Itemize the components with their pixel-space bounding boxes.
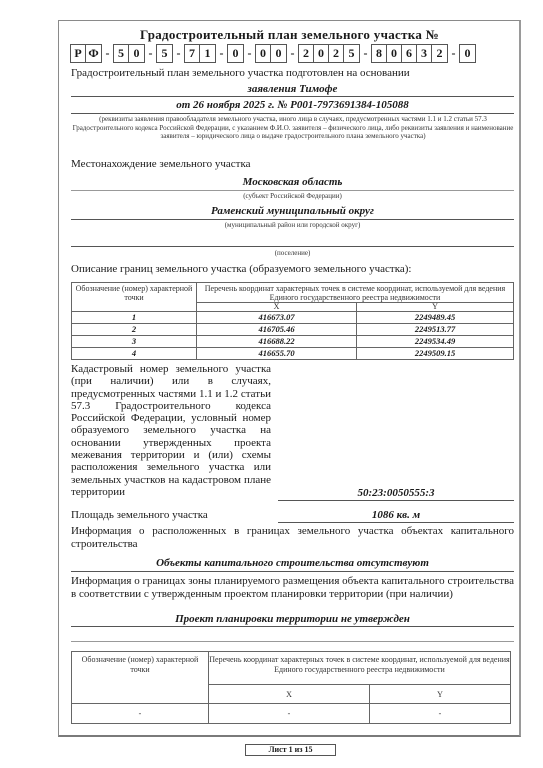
area-label: Площадь земельного участка [71,509,208,521]
cell-x: - [209,704,370,724]
capital-value: Объекты капитального строительства отсут… [71,557,514,569]
table-row: 1416673.072249489.45 [72,312,514,324]
cell-x: 416688.22 [197,336,357,348]
number-separator: - [448,46,459,61]
divider [71,571,514,572]
zone-value: Проект планировки территории не утвержде… [71,613,514,625]
cell-y: 2249534.49 [357,336,514,348]
number-group: 0 [459,44,476,63]
table-row: --- [72,704,511,724]
number-group: 2025 [298,44,360,63]
number-separator: - [360,46,371,61]
col-y-header: Y [370,685,511,704]
table-row: 3416688.222249534.49 [72,336,514,348]
cell-x: 416655.70 [197,348,357,360]
basis-label: Градостроительный план земельного участк… [71,67,410,79]
col-x-header: X [197,303,357,312]
cell-y: 2249489.45 [357,312,514,324]
number-cell: 0 [129,45,144,62]
application-caption: (реквизиты заявления правообладателя зем… [72,115,514,141]
col-y-header: Y [357,303,514,312]
number-cell: 8 [372,45,387,62]
number-cell: 6 [402,45,417,62]
number-separator: - [145,46,156,61]
boundary-coordinates-table: Обозначение (номер) характерной точки Пе… [71,282,514,360]
divider [71,246,514,247]
number-cell: 5 [157,45,172,62]
table-row: 4416655.702249509.15 [72,348,514,360]
number-group: 5 [156,44,173,63]
boundaries-label: Описание границ земельного участка (обра… [71,263,411,275]
col-coords-header: Перечень координат характерных точек в с… [209,652,511,685]
number-separator: - [173,46,184,61]
number-group: 50 [113,44,145,63]
number-cell: 2 [299,45,314,62]
number-separator: - [287,46,298,61]
divider [278,522,514,523]
cell-point: 3 [72,336,197,348]
location-label: Местонахождение земельного участка [71,158,251,170]
cell-point: 2 [72,324,197,336]
cell-y: 2249509.15 [357,348,514,360]
page-number: Лист 1 из 15 [245,744,336,756]
number-cell: 0 [314,45,329,62]
divider [278,500,514,501]
number-group: 00 [255,44,287,63]
number-separator: - [102,46,113,61]
cell-x: 416705.46 [197,324,357,336]
number-cell: 0 [228,45,243,62]
divider [71,113,514,114]
cadastral-label: Кадастровый номер земельного участка (пр… [71,363,271,498]
number-cell: 2 [432,45,447,62]
zone-label: Информация о границах зоны планируемого … [71,575,514,601]
cell-point: 4 [72,348,197,360]
cell-y: 2249513.77 [357,324,514,336]
number-cell: 3 [417,45,432,62]
table-row: 2416705.462249513.77 [72,324,514,336]
region-value: Московская область [71,176,514,188]
number-cell: 7 [185,45,200,62]
col-point-header: Обозначение (номер) характерной точки [72,652,209,704]
number-group: 71 [184,44,216,63]
number-group: 0 [227,44,244,63]
number-cell: 0 [460,45,475,62]
divider [71,641,514,642]
number-separator: - [216,46,227,61]
col-x-header: X [209,685,370,704]
number-group: РФ [70,44,102,63]
col-coords-header: Перечень координат характерных точек в с… [197,283,514,303]
document-title: Градостроительный план земельного участк… [58,27,521,43]
col-point-header: Обозначение (номер) характерной точки [72,283,197,312]
divider [71,626,514,627]
number-cell: 1 [200,45,215,62]
region-caption: (субъект Российской Федерации) [71,192,514,201]
application-line: заявления Тимофе [71,83,514,95]
cell-x: 416673.07 [197,312,357,324]
number-cell: 5 [344,45,359,62]
municipality-value: Раменский муниципальный округ [71,205,514,217]
number-cell: 0 [256,45,271,62]
cell-point: - [72,704,209,724]
divider [71,219,514,220]
number-cell: Ф [86,45,101,62]
cell-point: 1 [72,312,197,324]
number-separator: - [244,46,255,61]
divider [71,190,514,191]
number-cell: 2 [329,45,344,62]
number-cell: 0 [387,45,402,62]
zone-coordinates-table: Обозначение (номер) характерной точки Пе… [71,651,511,724]
number-group: 80632 [371,44,448,63]
area-value: 1086 кв. м [278,509,514,521]
divider [71,96,514,97]
settlement-caption: (поселение) [71,249,514,258]
municipality-caption: (муниципальный район или городской округ… [71,221,514,230]
cadastral-number: 50:23:0050555:3 [278,487,514,499]
cell-y: - [370,704,511,724]
application-details: от 26 ноября 2025 г. № P001-7973691384-1… [71,99,514,111]
number-cell: Р [71,45,86,62]
number-cell: 0 [271,45,286,62]
capital-label: Информация о расположенных в границах зе… [71,525,514,551]
number-cell: 5 [114,45,129,62]
plan-number: РФ-50-5-71-0-00-2025-80632-0 [70,43,476,63]
